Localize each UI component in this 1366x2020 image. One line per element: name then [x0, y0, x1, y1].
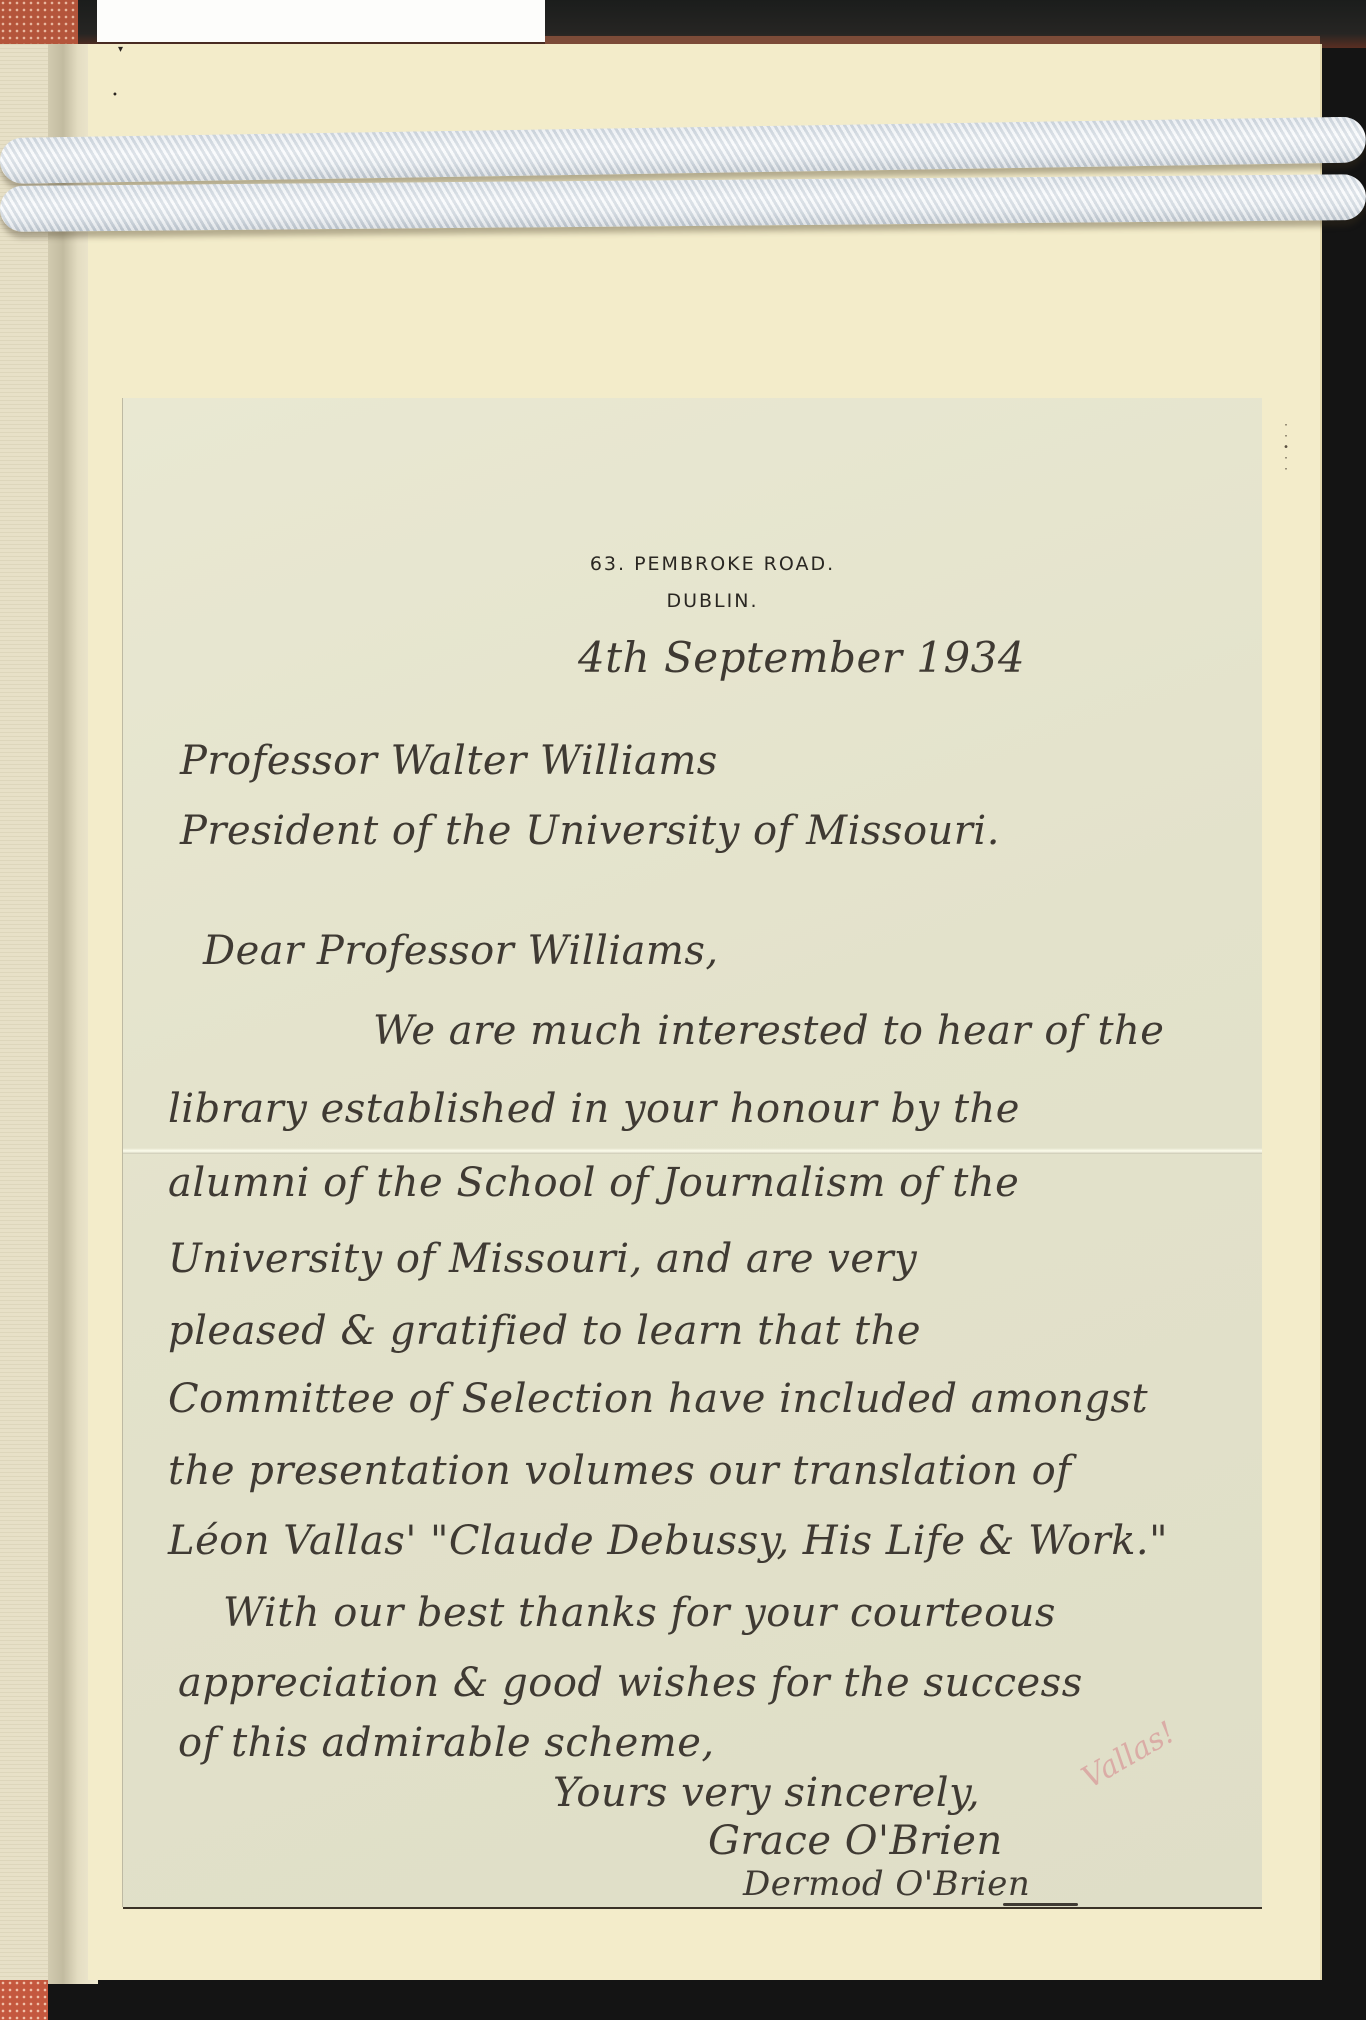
body-line: With our best thanks for your courteous: [223, 1590, 1056, 1636]
letter-date: 4th September 1934: [578, 633, 1025, 682]
cloth-cover-bottom-corner: [0, 1980, 48, 2020]
body-line: Committee of Selection have included amo…: [168, 1376, 1148, 1422]
body-line: We are much interested to hear of the: [373, 1008, 1164, 1054]
cloth-cover-corner: [0, 0, 78, 44]
body-line: the presentation volumes our translation…: [168, 1448, 1071, 1494]
body-line: appreciation & good wishes for the succe…: [178, 1660, 1083, 1706]
letterhead-city: DUBLIN.: [143, 590, 1282, 612]
corner-mark: · · • · ·: [1283, 420, 1289, 475]
body-line: library established in your honour by th…: [168, 1086, 1020, 1132]
signature-grace-obrien: Grace O'Brien: [708, 1818, 1003, 1864]
body-line: Léon Vallas' "Claude Debussy, His Life &…: [168, 1518, 1168, 1564]
salutation: Dear Professor Williams,: [203, 928, 719, 974]
body-line: University of Missouri, and are very: [168, 1236, 917, 1282]
addressee-title: President of the University of Missouri.: [180, 808, 1000, 854]
body-line: alumni of the School of Journalism of th…: [168, 1160, 1019, 1206]
closing: Yours very sincerely,: [553, 1770, 980, 1816]
fold-crease: [123, 1148, 1262, 1154]
red-pencil-annotation: Vallas!: [1076, 1715, 1181, 1796]
page-speck: •: [112, 90, 118, 101]
signature-dermod-obrien: Dermod O'Brien: [743, 1864, 1030, 1904]
signature-flourish: [1003, 1903, 1078, 1906]
addressee-name: Professor Walter Williams: [180, 738, 718, 784]
page-speck: ▾: [118, 44, 123, 55]
letterhead-address: 63. PEMBROKE ROAD.: [143, 553, 1282, 575]
body-line: of this admirable scheme,: [178, 1720, 715, 1766]
letter-sheet: · · • · · 63. PEMBROKE ROAD. DUBLIN. 4th…: [123, 398, 1262, 1907]
white-label-slip: [97, 0, 545, 42]
body-line: pleased & gratified to learn that the: [168, 1308, 921, 1354]
